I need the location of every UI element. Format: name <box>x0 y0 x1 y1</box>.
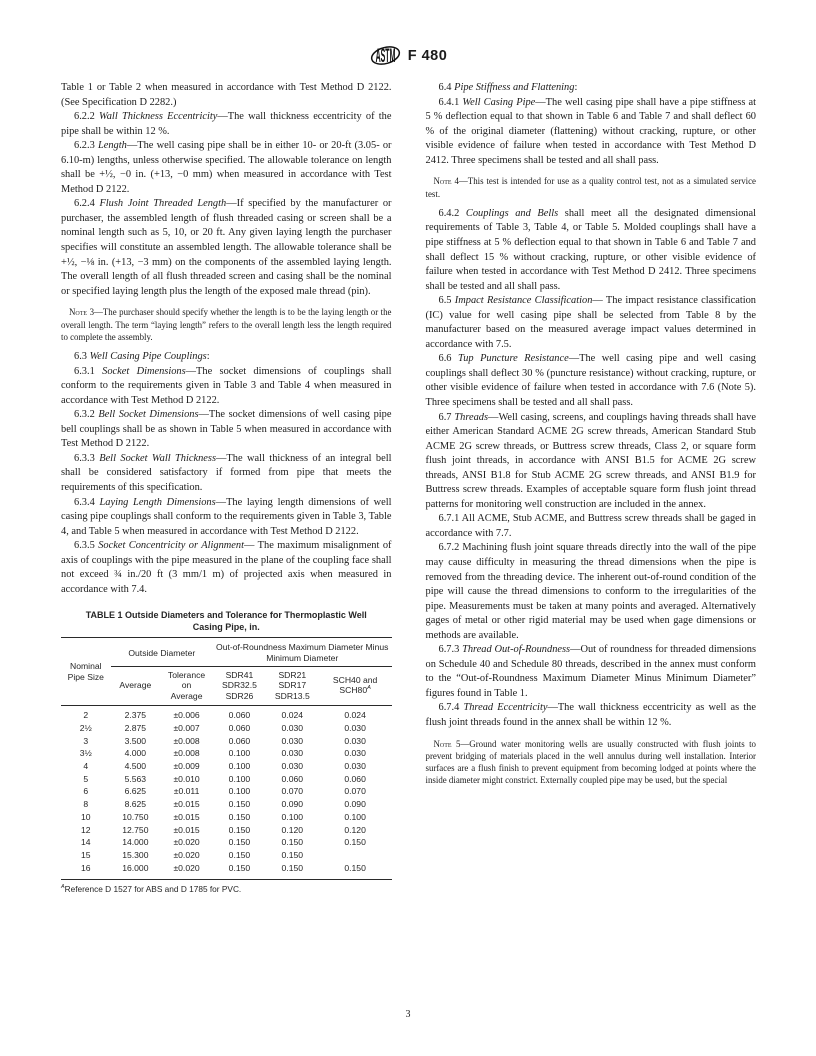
table1-cell: 4 <box>61 761 111 774</box>
table1-cell: 14.000 <box>111 837 161 850</box>
table1-cell: 0.120 <box>266 824 319 837</box>
table1-cell: 8 <box>61 799 111 812</box>
table1-cell: 3 <box>61 735 111 748</box>
table1-column-header: SDR41SDR32.5SDR26 <box>213 666 266 706</box>
table1-cell: 3½ <box>61 748 111 761</box>
document-header: ASTM F 480 <box>61 44 756 67</box>
table1-cell: 0.100 <box>319 811 392 824</box>
body-paragraph: 6.2.4 Flush Joint Threaded Length—If spe… <box>61 197 392 299</box>
svg-text:ASTM: ASTM <box>375 46 395 67</box>
table1-row: 3½4.000±0.0080.1000.0300.030 <box>61 748 392 761</box>
right-column: 6.4 Pipe Stiffness and Flattening:6.4.1 … <box>426 81 757 894</box>
table1-cell: 0.060 <box>213 735 266 748</box>
table1-cell: 4.000 <box>111 748 161 761</box>
table1-cell: 0.100 <box>213 786 266 799</box>
table1-group-header: Outside Diameter <box>111 638 213 666</box>
body-paragraph: 6.4.1 Well Casing Pipe—The well casing p… <box>426 96 757 169</box>
body-paragraph: 6.7.4 Thread Eccentricity—The wall thick… <box>426 701 757 730</box>
table1-cell: 0.150 <box>213 837 266 850</box>
table1-cell: 0.070 <box>266 786 319 799</box>
body-paragraph: 6.3.3 Bell Socket Wall Thickness—The wal… <box>61 452 392 496</box>
table1-body: 22.375±0.0060.0600.0240.0242½2.875±0.007… <box>61 706 392 879</box>
table1-cell: 0.024 <box>319 706 392 723</box>
body-paragraph: 6.3.4 Laying Length Dimensions—The layin… <box>61 496 392 540</box>
table1-cell: 0.150 <box>319 837 392 850</box>
table1-cell: 16 <box>61 862 111 879</box>
table1-row: 22.375±0.0060.0600.0240.024 <box>61 706 392 723</box>
table1-cell: 0.150 <box>266 862 319 879</box>
table1-cell: 0.060 <box>266 773 319 786</box>
table1-cell: 0.150 <box>319 862 392 879</box>
table1-row: 1515.300±0.0200.1500.150 <box>61 850 392 863</box>
document-page: ASTM F 480 Table 1 or Table 2 when measu… <box>0 0 816 1056</box>
body-paragraph: 6.7.3 Thread Out-of-Roundness—Out of rou… <box>426 643 757 701</box>
table1-cell: 2.375 <box>111 706 161 723</box>
table1-cell: 0.150 <box>266 837 319 850</box>
table1-row: 1010.750±0.0150.1500.1000.100 <box>61 811 392 824</box>
table1-cell: 6.625 <box>111 786 161 799</box>
table1-cell: 5 <box>61 773 111 786</box>
table1-cell: 3.500 <box>111 735 161 748</box>
astm-logo-icon: ASTM <box>370 44 401 67</box>
two-column-body: Table 1 or Table 2 when measured in acco… <box>61 81 756 894</box>
table1-row: 2½2.875±0.0070.0600.0300.030 <box>61 723 392 736</box>
page-number: 3 <box>0 1009 816 1020</box>
left-column-paragraphs: Table 1 or Table 2 when measured in acco… <box>61 81 392 597</box>
body-paragraph: 6.3.5 Socket Concentricity or Alignment—… <box>61 539 392 597</box>
table1-cell: 16.000 <box>111 862 161 879</box>
table1-row: 88.625±0.0150.1500.0900.090 <box>61 799 392 812</box>
table1: TABLE 1 Outside Diameters and Tolerance … <box>61 610 392 894</box>
table1-column-header: Average <box>111 666 161 706</box>
table1-cell: ±0.010 <box>160 773 213 786</box>
table1-cell: 2 <box>61 706 111 723</box>
table1-cell: 0.070 <box>319 786 392 799</box>
left-column: Table 1 or Table 2 when measured in acco… <box>61 81 392 894</box>
table1-cell: ±0.020 <box>160 862 213 879</box>
table1-row: 1616.000±0.0200.1500.1500.150 <box>61 862 392 879</box>
table1-cell: 0.030 <box>266 748 319 761</box>
table1-group-header: Out-of-Roundness Maximum Diameter Minus … <box>213 638 392 666</box>
table1-cell: 0.090 <box>266 799 319 812</box>
table1-cell: ±0.020 <box>160 837 213 850</box>
table1-cell: 0.120 <box>319 824 392 837</box>
body-paragraph: 6.5 Impact Resistance Classification— Th… <box>426 294 757 352</box>
table1-cell: ±0.015 <box>160 799 213 812</box>
table1-cell: 0.150 <box>213 824 266 837</box>
body-paragraph: 6.3 Well Casing Pipe Couplings: <box>61 350 392 365</box>
table1-row: 1212.750±0.0150.1500.1200.120 <box>61 824 392 837</box>
table1-cell: 0.030 <box>319 761 392 774</box>
table1-cell: 8.625 <box>111 799 161 812</box>
table1-cell: 0.030 <box>266 761 319 774</box>
table1-row: 33.500±0.0080.0600.0300.030 <box>61 735 392 748</box>
table1-cell: 5.563 <box>111 773 161 786</box>
table1-cell: 0.030 <box>319 748 392 761</box>
table1-row: 1414.000±0.0200.1500.1500.150 <box>61 837 392 850</box>
table1-cell: 0.150 <box>266 850 319 863</box>
body-paragraph: 6.4.2 Couplings and Bells shall meet all… <box>426 207 757 294</box>
table1-cell: 0.100 <box>213 748 266 761</box>
table1-cell: 0.150 <box>213 811 266 824</box>
table1-cell: 0.030 <box>319 735 392 748</box>
body-paragraph: 6.7 Threads—Well casing, screens, and co… <box>426 411 757 513</box>
body-paragraph: 6.3.2 Bell Socket Dimensions—The socket … <box>61 408 392 452</box>
table1-cell: 10.750 <box>111 811 161 824</box>
table1-cell: 0.030 <box>266 735 319 748</box>
table1-column-header: SDR21SDR17SDR13.5 <box>266 666 319 706</box>
table1-cell: ±0.008 <box>160 735 213 748</box>
table1-cell: 0.030 <box>319 723 392 736</box>
table1-cell: 14 <box>61 837 111 850</box>
table1-cell: 0.024 <box>266 706 319 723</box>
table1-cell: 0.060 <box>319 773 392 786</box>
table1-row: 44.500±0.0090.1000.0300.030 <box>61 761 392 774</box>
table1-cell: 0.100 <box>266 811 319 824</box>
table1-row: 55.563±0.0100.1000.0600.060 <box>61 773 392 786</box>
body-paragraph: Table 1 or Table 2 when measured in acco… <box>61 81 392 110</box>
table1-header: NominalPipe SizeOutside DiameterOut-of-R… <box>61 638 392 706</box>
table1-cell: ±0.011 <box>160 786 213 799</box>
table1-cell: 0.150 <box>213 850 266 863</box>
table1-cell: ±0.006 <box>160 706 213 723</box>
table1-cell <box>319 850 392 863</box>
right-column-paragraphs: 6.4 Pipe Stiffness and Flattening:6.4.1 … <box>426 81 757 787</box>
table1-cell: 0.100 <box>213 761 266 774</box>
body-paragraph: 6.7.1 All ACME, Stub ACME, and Buttress … <box>426 512 757 541</box>
table1-footnote: AReference D 1527 for ABS and D 1785 for… <box>61 884 392 895</box>
table1-cell: 0.150 <box>213 862 266 879</box>
body-paragraph: 6.3.1 Socket Dimensions—The socket dimen… <box>61 365 392 409</box>
table1-cell: ±0.015 <box>160 811 213 824</box>
table1-cell: 0.060 <box>213 706 266 723</box>
body-paragraph: 6.2.3 Length—The well casing pipe shall … <box>61 139 392 197</box>
table1-cell: 6 <box>61 786 111 799</box>
table1-cell: 2.875 <box>111 723 161 736</box>
table1-cell: 15 <box>61 850 111 863</box>
table1-row: 66.625±0.0110.1000.0700.070 <box>61 786 392 799</box>
table1-cell: 2½ <box>61 723 111 736</box>
table1-cell: ±0.009 <box>160 761 213 774</box>
table1-cell: 0.090 <box>319 799 392 812</box>
table1-cell: 0.030 <box>266 723 319 736</box>
table1-cell: ±0.007 <box>160 723 213 736</box>
table1-cell: 0.150 <box>213 799 266 812</box>
table1-cell: ±0.015 <box>160 824 213 837</box>
table1-cell: ±0.008 <box>160 748 213 761</box>
body-paragraph: 6.4 Pipe Stiffness and Flattening: <box>426 81 757 96</box>
body-paragraph: 6.6 Tup Puncture Resistance—The well cas… <box>426 352 757 410</box>
table1-cell: 0.100 <box>213 773 266 786</box>
table1-cell: 15.300 <box>111 850 161 863</box>
table1-column-header: ToleranceonAverage <box>160 666 213 706</box>
table1-cell: 10 <box>61 811 111 824</box>
note-paragraph: Note 3—The purchaser should specify whet… <box>61 306 392 343</box>
body-paragraph: 6.2.2 Wall Thickness Eccentricity—The wa… <box>61 110 392 139</box>
body-paragraph: 6.7.2 Machining flush joint square threa… <box>426 541 757 643</box>
note-paragraph: Note 4—This test is intended for use as … <box>426 175 757 200</box>
table1-cell: 4.500 <box>111 761 161 774</box>
table1-cell: 12 <box>61 824 111 837</box>
table1-title: TABLE 1 Outside Diameters and Tolerance … <box>81 610 372 633</box>
table1-cell: 12.750 <box>111 824 161 837</box>
doc-number: F 480 <box>408 48 448 64</box>
table1-header-nominal-pipe-size: NominalPipe Size <box>61 638 111 706</box>
note-paragraph: Note 5—Ground water monitoring wells are… <box>426 738 757 787</box>
table1-column-header: SCH40 andSCH80A <box>319 666 392 706</box>
table1-cell: 0.060 <box>213 723 266 736</box>
table1-cell: ±0.020 <box>160 850 213 863</box>
table1-grid: NominalPipe SizeOutside DiameterOut-of-R… <box>61 637 392 879</box>
